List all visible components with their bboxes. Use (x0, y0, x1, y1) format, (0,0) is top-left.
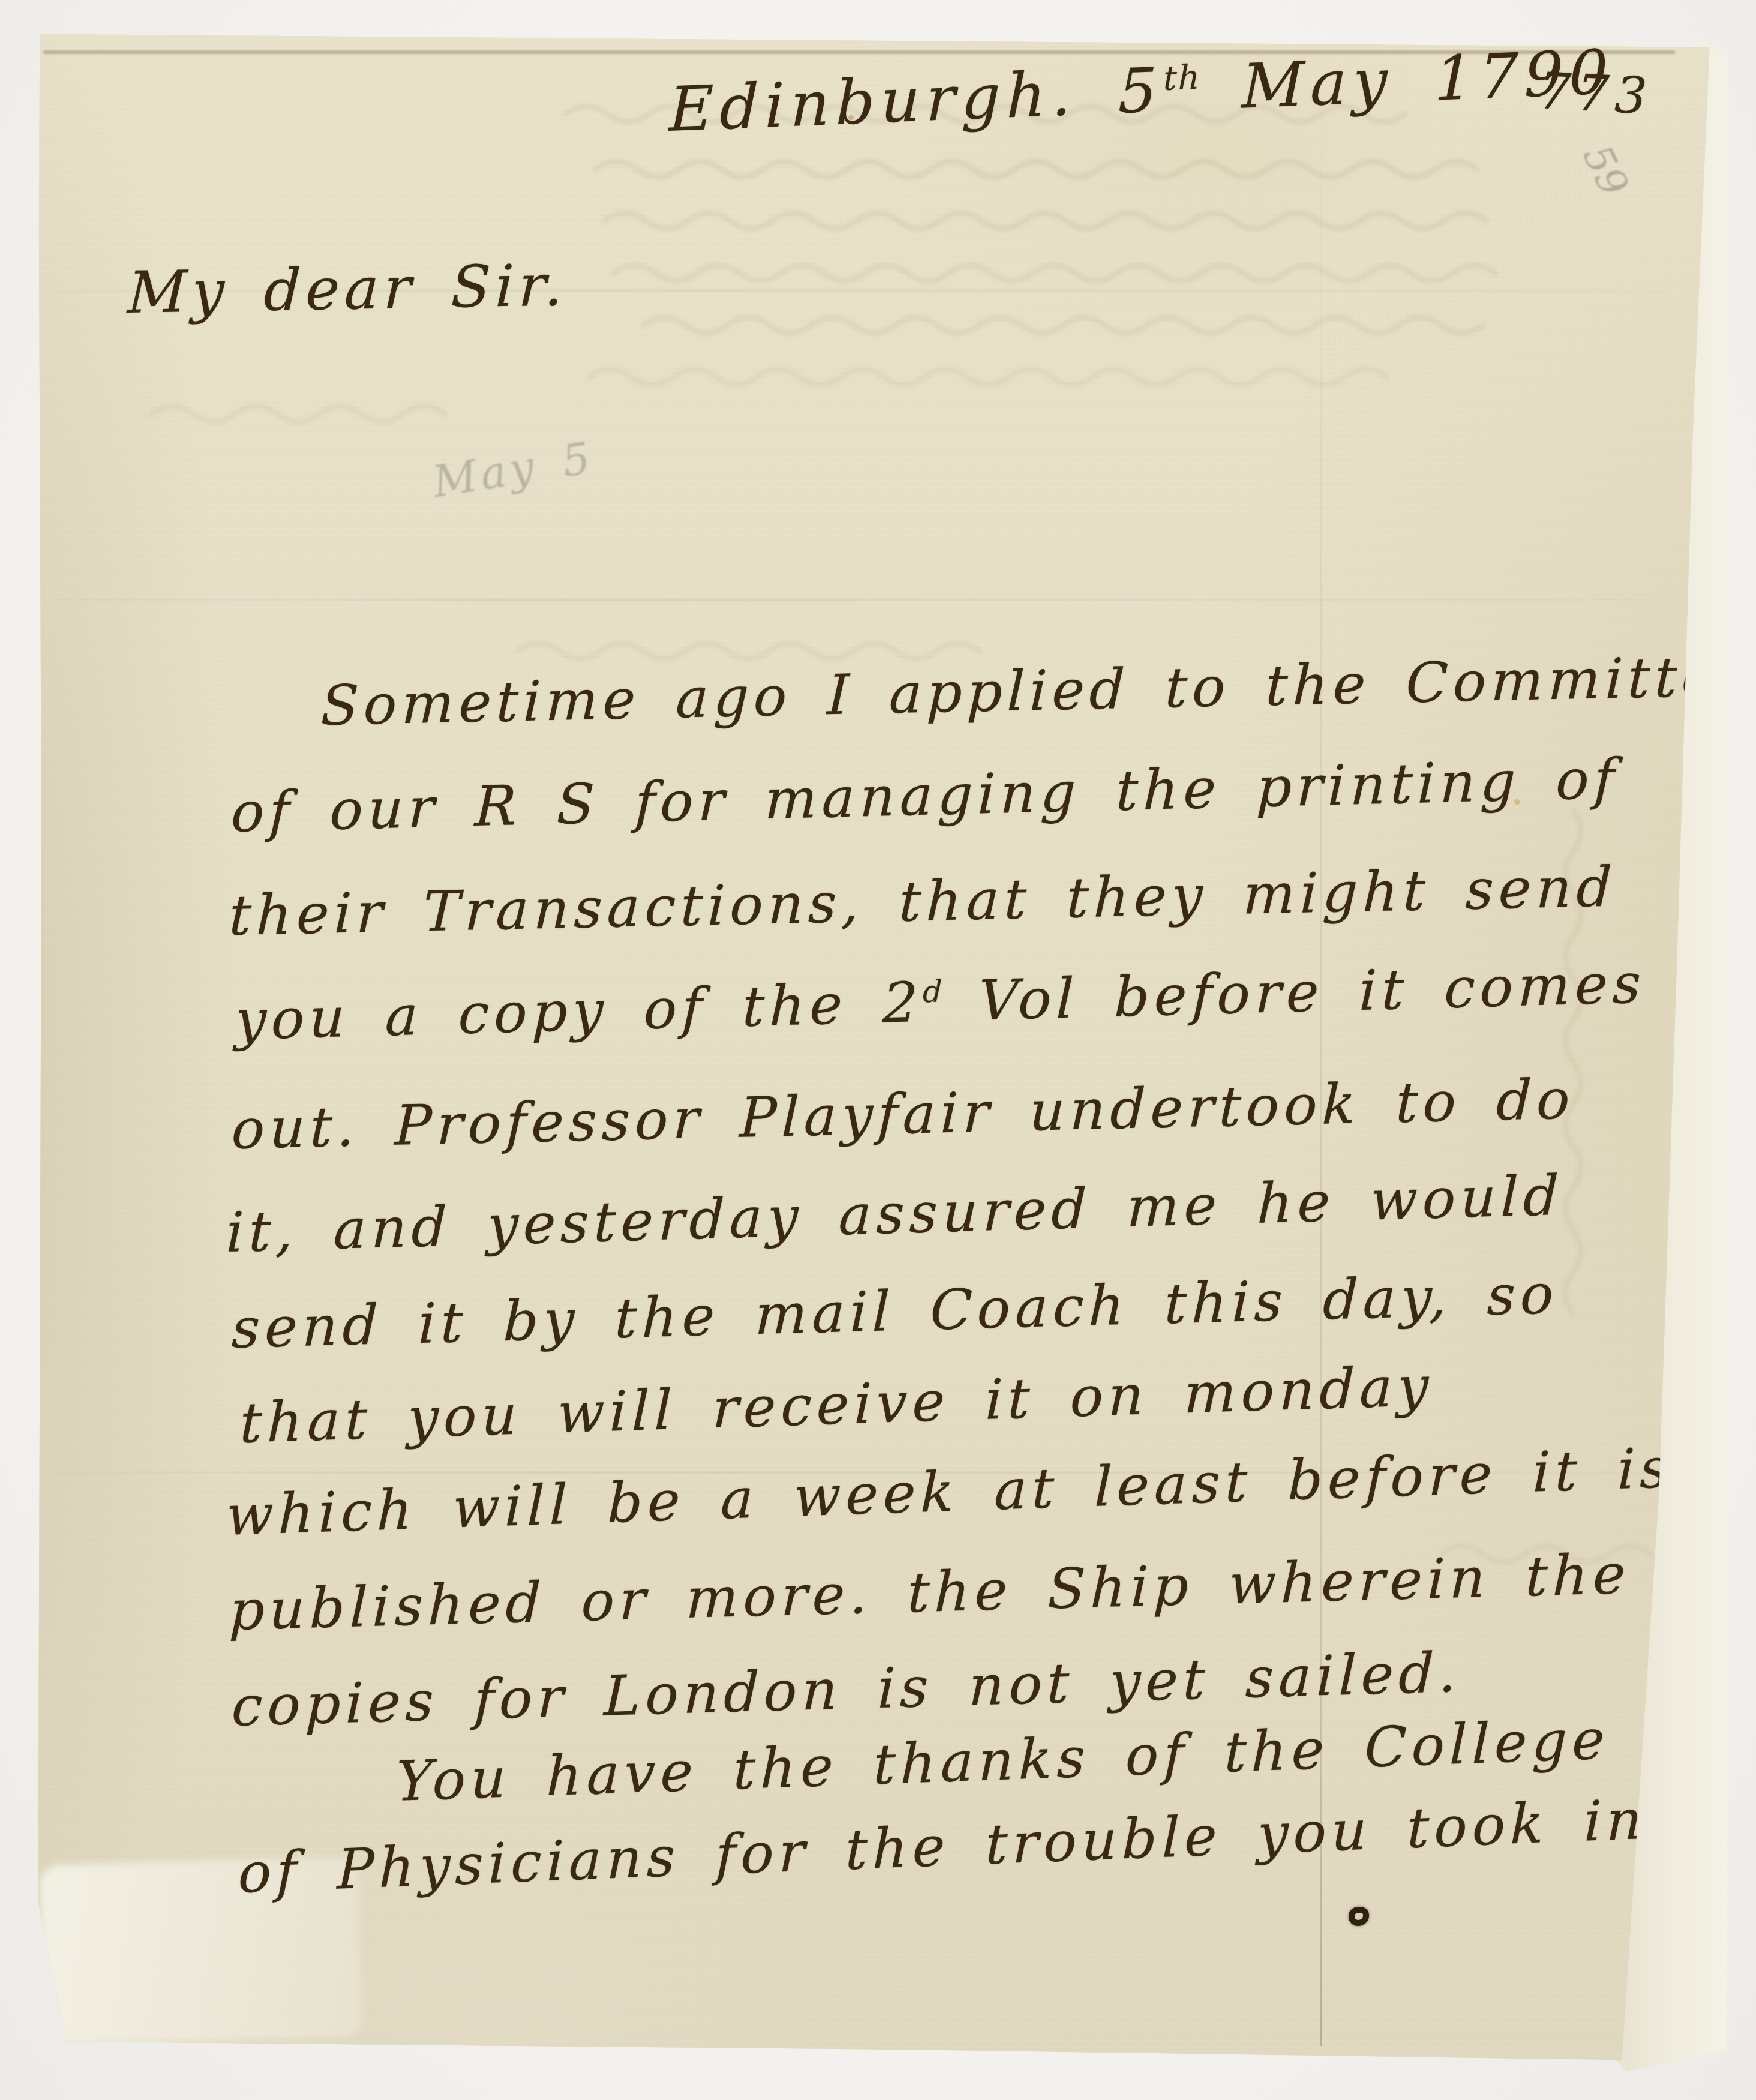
dateline-superscript: th (1163, 58, 1201, 98)
salutation: My dear Sir. (127, 251, 569, 326)
horizontal-crease-middle (55, 599, 1663, 601)
letter-paper: 773 59 May 5 Edinburgh. 5th May 1790 My … (37, 30, 1723, 2064)
volume-superscript: d (922, 973, 944, 1009)
scanned-letter-image: 773 59 May 5 Edinburgh. 5th May 1790 My … (0, 0, 1756, 2100)
